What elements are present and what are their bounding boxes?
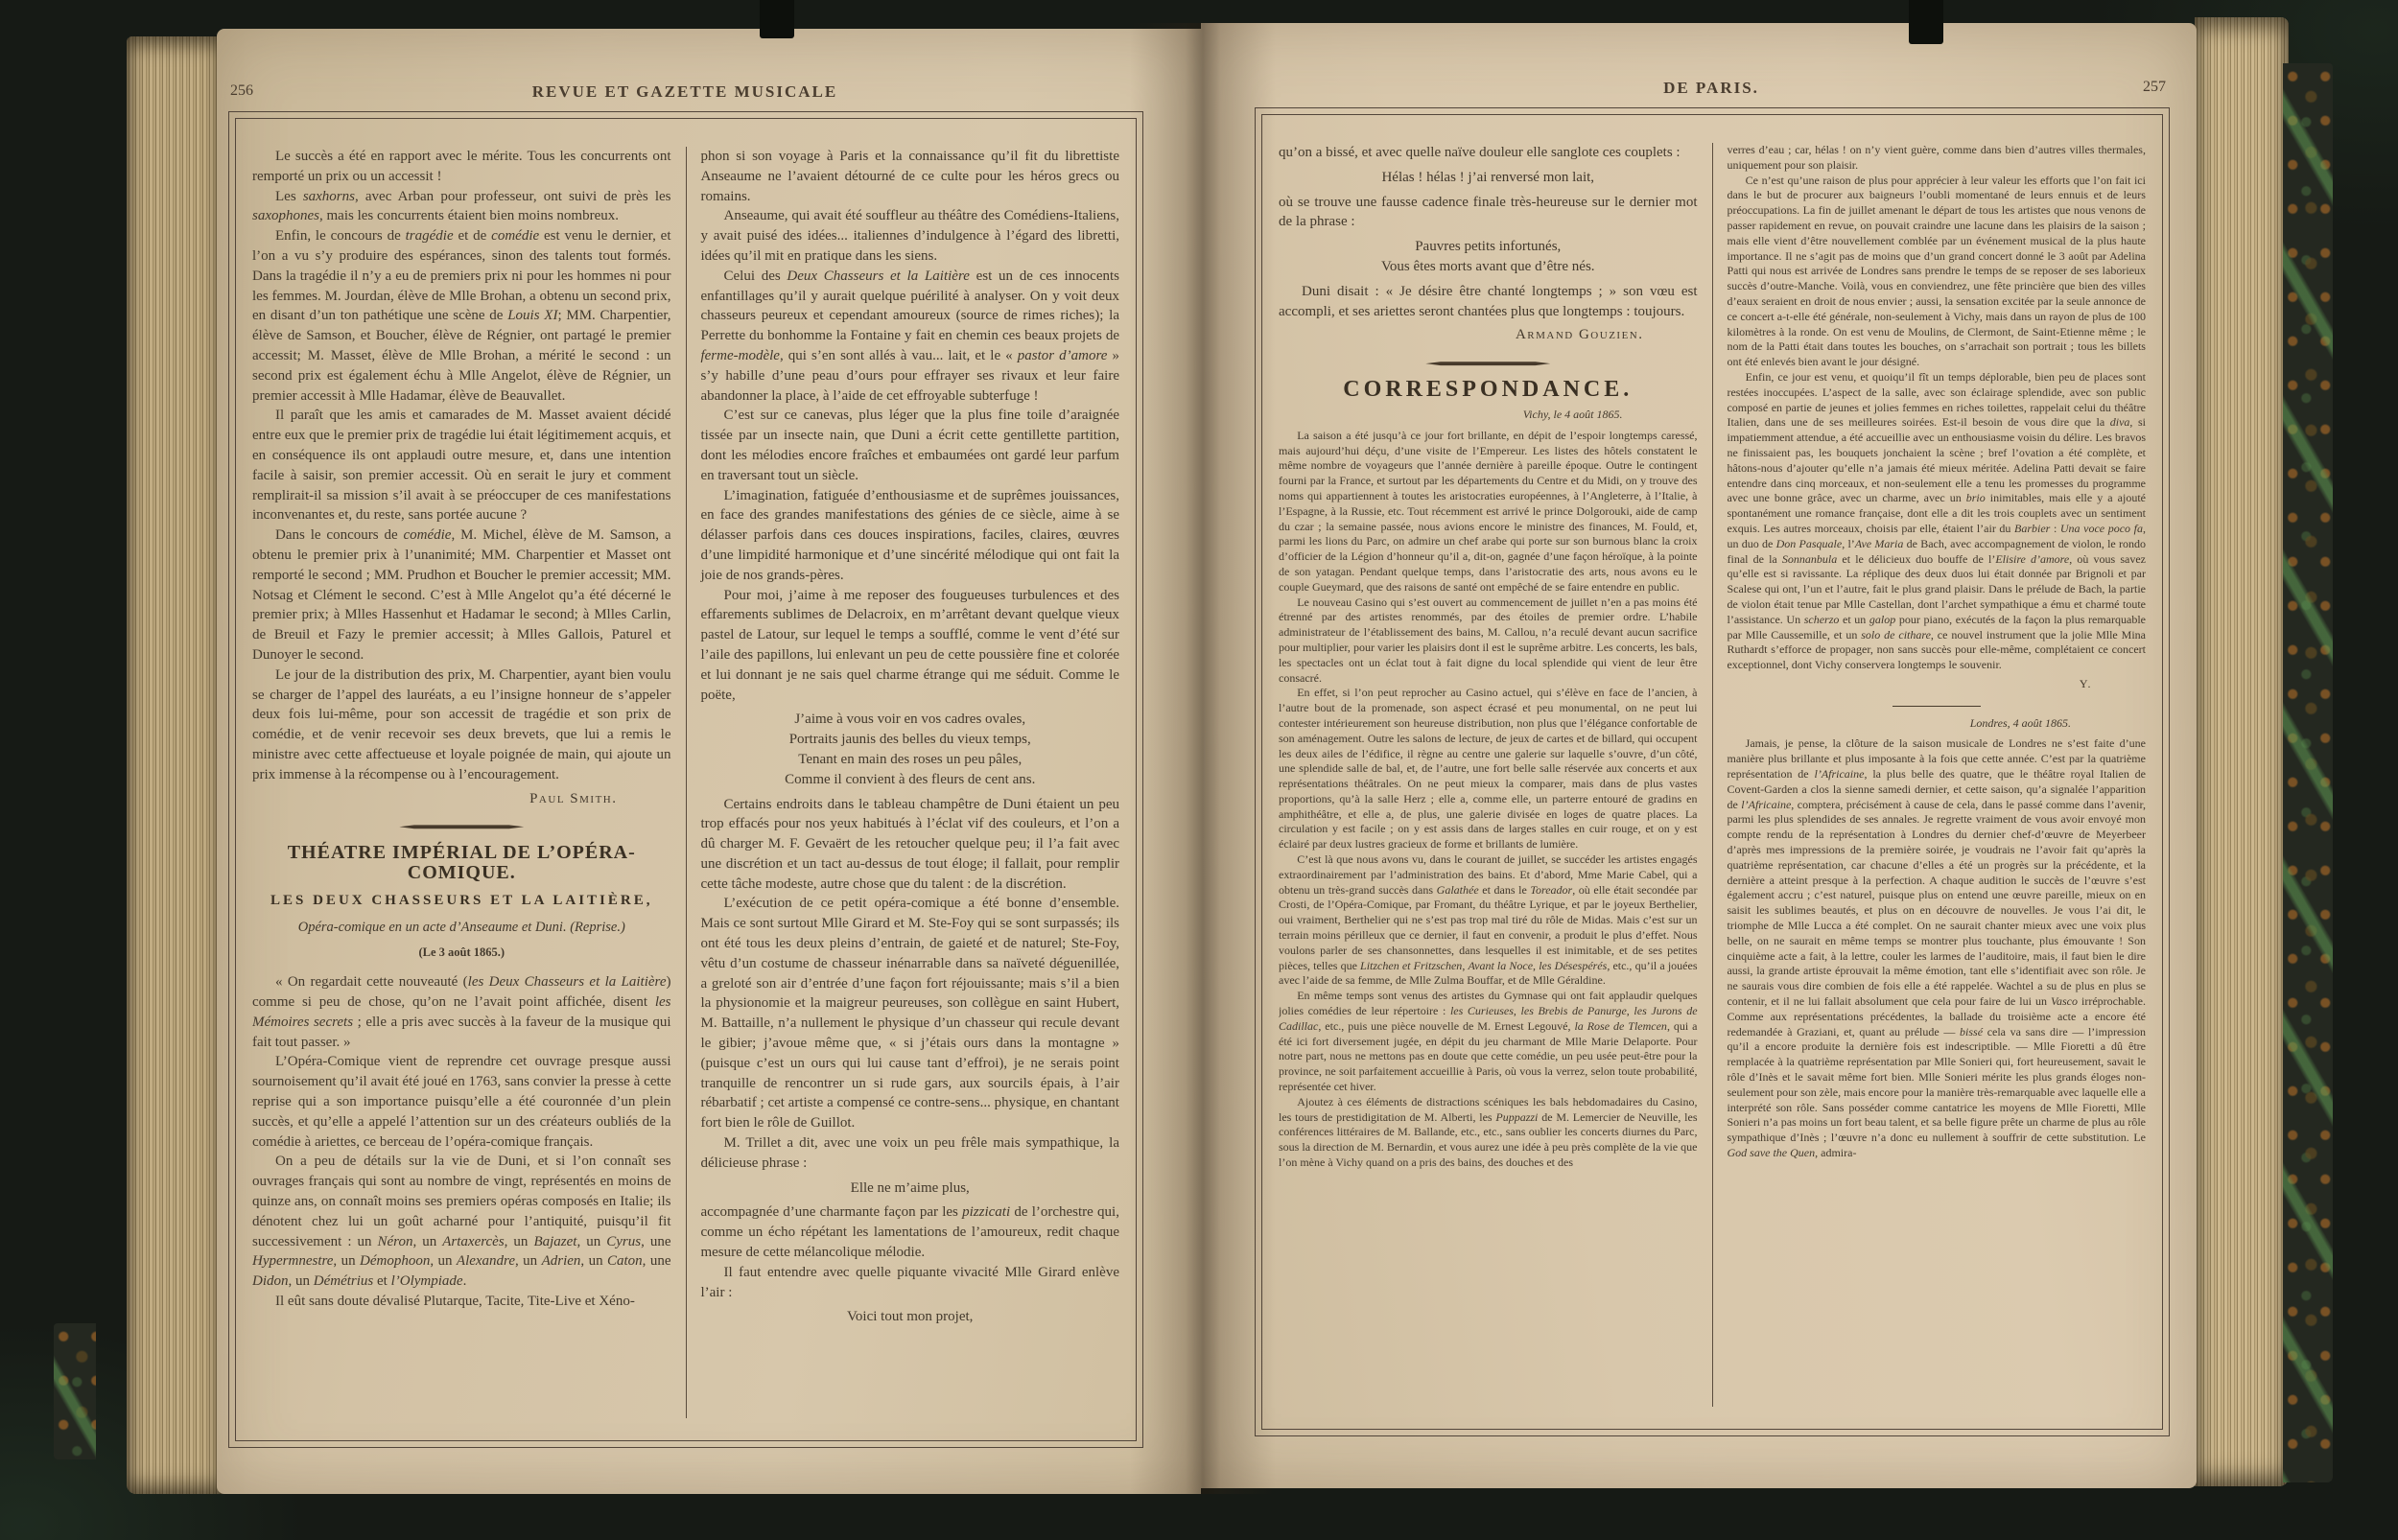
verse-line: Hélas ! hélas ! j’ai renversé mon lait, bbox=[1279, 168, 1698, 188]
paragraph: Le nouveau Casino qui s’est ouvert au co… bbox=[1279, 595, 1698, 687]
paragraph: Ce n’est qu’une raison de plus pour appr… bbox=[1727, 174, 2146, 370]
left-fore-edge bbox=[127, 36, 223, 1494]
paragraph: Il faut entendre avec quelle piquante vi… bbox=[700, 1263, 1119, 1303]
paragraph: M. Trillet a dit, avec une voix un peu f… bbox=[700, 1133, 1119, 1174]
paragraph: Duni disait : « Je désire être chanté lo… bbox=[1279, 282, 1698, 322]
spindle-divider bbox=[1425, 361, 1550, 366]
verse: Elle ne m’aime plus, bbox=[700, 1178, 1119, 1199]
work-title-heading: LES DEUX CHASSEURS ET LA LAITIÈRE, bbox=[252, 891, 671, 911]
paragraph: Enfin, ce jour est venu, et quoiqu’il fî… bbox=[1727, 370, 2146, 673]
paragraph: L’exécution de ce petit opéra-comique a … bbox=[700, 894, 1119, 1133]
paragraph: verres d’eau ; car, hélas ! on n’y vient… bbox=[1727, 143, 2146, 174]
paragraph: Dans le concours de comédie, M. Michel, … bbox=[252, 525, 671, 665]
section-heading: THÉATRE IMPÉRIAL DE L’OPÉRA-COMIQUE. bbox=[252, 843, 671, 883]
spindle-divider bbox=[399, 824, 524, 829]
paragraph: La saison a été jusqu’à ce jour fort bri… bbox=[1279, 429, 1698, 595]
column-divider-right bbox=[1712, 143, 1713, 1407]
paragraph: Le jour de la distribution des prix, M. … bbox=[252, 665, 671, 785]
running-title-left: REVUE ET GAZETTE MUSICALE bbox=[228, 82, 1141, 102]
section-heading: CORRESPONDANCE. bbox=[1279, 380, 1698, 400]
author-signature: Y. bbox=[1727, 677, 2146, 692]
column-4: verres d’eau ; car, hélas ! on n’y vient… bbox=[1727, 143, 2146, 1407]
verse-line: Elle ne m’aime plus, bbox=[700, 1178, 1119, 1199]
paragraph: qu’on a bissé, et avec quelle naïve doul… bbox=[1279, 143, 1698, 163]
page-number-right: 257 bbox=[2143, 79, 2166, 96]
paragraph: Ajoutez à ces éléments de distractions s… bbox=[1279, 1095, 1698, 1171]
paragraph: Celui des Deux Chasseurs et la Laitière … bbox=[700, 267, 1119, 407]
left-marbled-cover bbox=[54, 1323, 96, 1459]
paragraph: Il paraît que les amis et camarades de M… bbox=[252, 406, 671, 525]
verse-line: Comme il convient à des fleurs de cent a… bbox=[700, 770, 1119, 790]
paragraph: où se trouve une fausse cadence finale t… bbox=[1279, 193, 1698, 233]
page-right-header: DE PARIS. 257 bbox=[1255, 79, 2168, 104]
page-right-frame: qu’on a bissé, et avec quelle naïve doul… bbox=[1255, 107, 2170, 1436]
verse-line: J’aime à vous voir en vos cadres ovales, bbox=[700, 710, 1119, 730]
verse: Voici tout mon projet, bbox=[700, 1307, 1119, 1327]
correspondence-dateline: Londres, 4 août 1865. bbox=[1727, 716, 2146, 732]
paragraph: Il eût sans doute dévalisé Plutarque, Ta… bbox=[252, 1292, 671, 1312]
column-divider-left bbox=[686, 147, 687, 1418]
paragraph: En effet, si l’on peut reprocher au Casi… bbox=[1279, 686, 1698, 852]
running-title-right: DE PARIS. bbox=[1255, 79, 2168, 98]
verse: Pauvres petits infortunés,Vous êtes mort… bbox=[1279, 237, 1698, 277]
verse-line: Pauvres petits infortunés, bbox=[1279, 237, 1698, 257]
paragraph: L’imagination, fatiguée d’enthousiasme e… bbox=[700, 486, 1119, 586]
paragraph: accompagnée d’une charmante façon par le… bbox=[700, 1202, 1119, 1262]
paragraph: Jamais, je pense, la clôture de la saiso… bbox=[1727, 736, 2146, 1160]
paragraph: phon si son voyage à Paris et la connais… bbox=[700, 147, 1119, 206]
work-subtitle: Opéra-comique en un acte d’Anseaume et D… bbox=[252, 918, 671, 938]
page-right-columns: qu’on a bissé, et avec quelle naïve doul… bbox=[1263, 116, 2161, 1428]
column-2: phon si son voyage à Paris et la connais… bbox=[700, 147, 1119, 1418]
top-notch-left bbox=[760, 0, 794, 38]
page-left-frame: Le succès a été en rapport avec le mérit… bbox=[228, 111, 1143, 1448]
correspondence-dateline: Vichy, le 4 août 1865. bbox=[1279, 408, 1698, 423]
paragraph: Pour moi, j’aime à me reposer des fougue… bbox=[700, 586, 1119, 706]
page-left: 256 REVUE ET GAZETTE MUSICALE Le succès … bbox=[217, 29, 1201, 1494]
author-signature: Paul Smith. bbox=[252, 789, 671, 809]
paragraph: C’est sur ce canevas, plus léger que la … bbox=[700, 406, 1119, 485]
paragraph: On a peu de détails sur la vie de Duni, … bbox=[252, 1152, 671, 1292]
paragraph: Certains endroits dans le tableau champê… bbox=[700, 795, 1119, 895]
paragraph: Enfin, le concours de tragédie et de com… bbox=[252, 226, 671, 406]
paragraph: « On regardait cette nouveauté (les Deux… bbox=[252, 972, 671, 1052]
author-signature: Armand Gouzien. bbox=[1279, 325, 1698, 345]
paragraph: En même temps sont venus des artistes du… bbox=[1279, 989, 1698, 1095]
verse: Hélas ! hélas ! j’ai renversé mon lait, bbox=[1279, 168, 1698, 188]
rule-divider bbox=[1893, 706, 1981, 707]
verse: J’aime à vous voir en vos cadres ovales,… bbox=[700, 710, 1119, 789]
top-notch-right bbox=[1909, 0, 1943, 44]
performance-date: (Le 3 août 1865.) bbox=[252, 943, 671, 963]
paragraph: Le succès a été en rapport avec le mérit… bbox=[252, 147, 671, 187]
right-fore-edge bbox=[2195, 17, 2289, 1486]
paragraph: Les saxhorns, avec Arban pour professeur… bbox=[252, 187, 671, 227]
paragraph: C’est là que nous avons vu, dans le cour… bbox=[1279, 852, 1698, 989]
page-left-header: 256 REVUE ET GAZETTE MUSICALE bbox=[228, 82, 1141, 107]
column-1: Le succès a été en rapport avec le mérit… bbox=[252, 147, 671, 1418]
paragraph: Anseaume, qui avait été souffleur au thé… bbox=[700, 206, 1119, 266]
column-3: qu’on a bissé, et avec quelle naïve doul… bbox=[1279, 143, 1698, 1407]
right-marbled-cover bbox=[2283, 63, 2333, 1482]
verse-line: Voici tout mon projet, bbox=[700, 1307, 1119, 1327]
verse-line: Portraits jaunis des belles du vieux tem… bbox=[700, 730, 1119, 750]
verse-line: Tenant en main des roses un peu pâles, bbox=[700, 750, 1119, 770]
book-scan: { "palette":{"paper":"#d5c4a8","ink":"#4… bbox=[0, 0, 2398, 1540]
verse-line: Vous êtes morts avant que d’être nés. bbox=[1279, 257, 1698, 277]
page-right: DE PARIS. 257 qu’on a bissé, et avec que… bbox=[1201, 23, 2197, 1488]
paragraph: L’Opéra-Comique vient de reprendre cet o… bbox=[252, 1052, 671, 1152]
page-left-columns: Le succès a été en rapport avec le mérit… bbox=[237, 120, 1135, 1439]
